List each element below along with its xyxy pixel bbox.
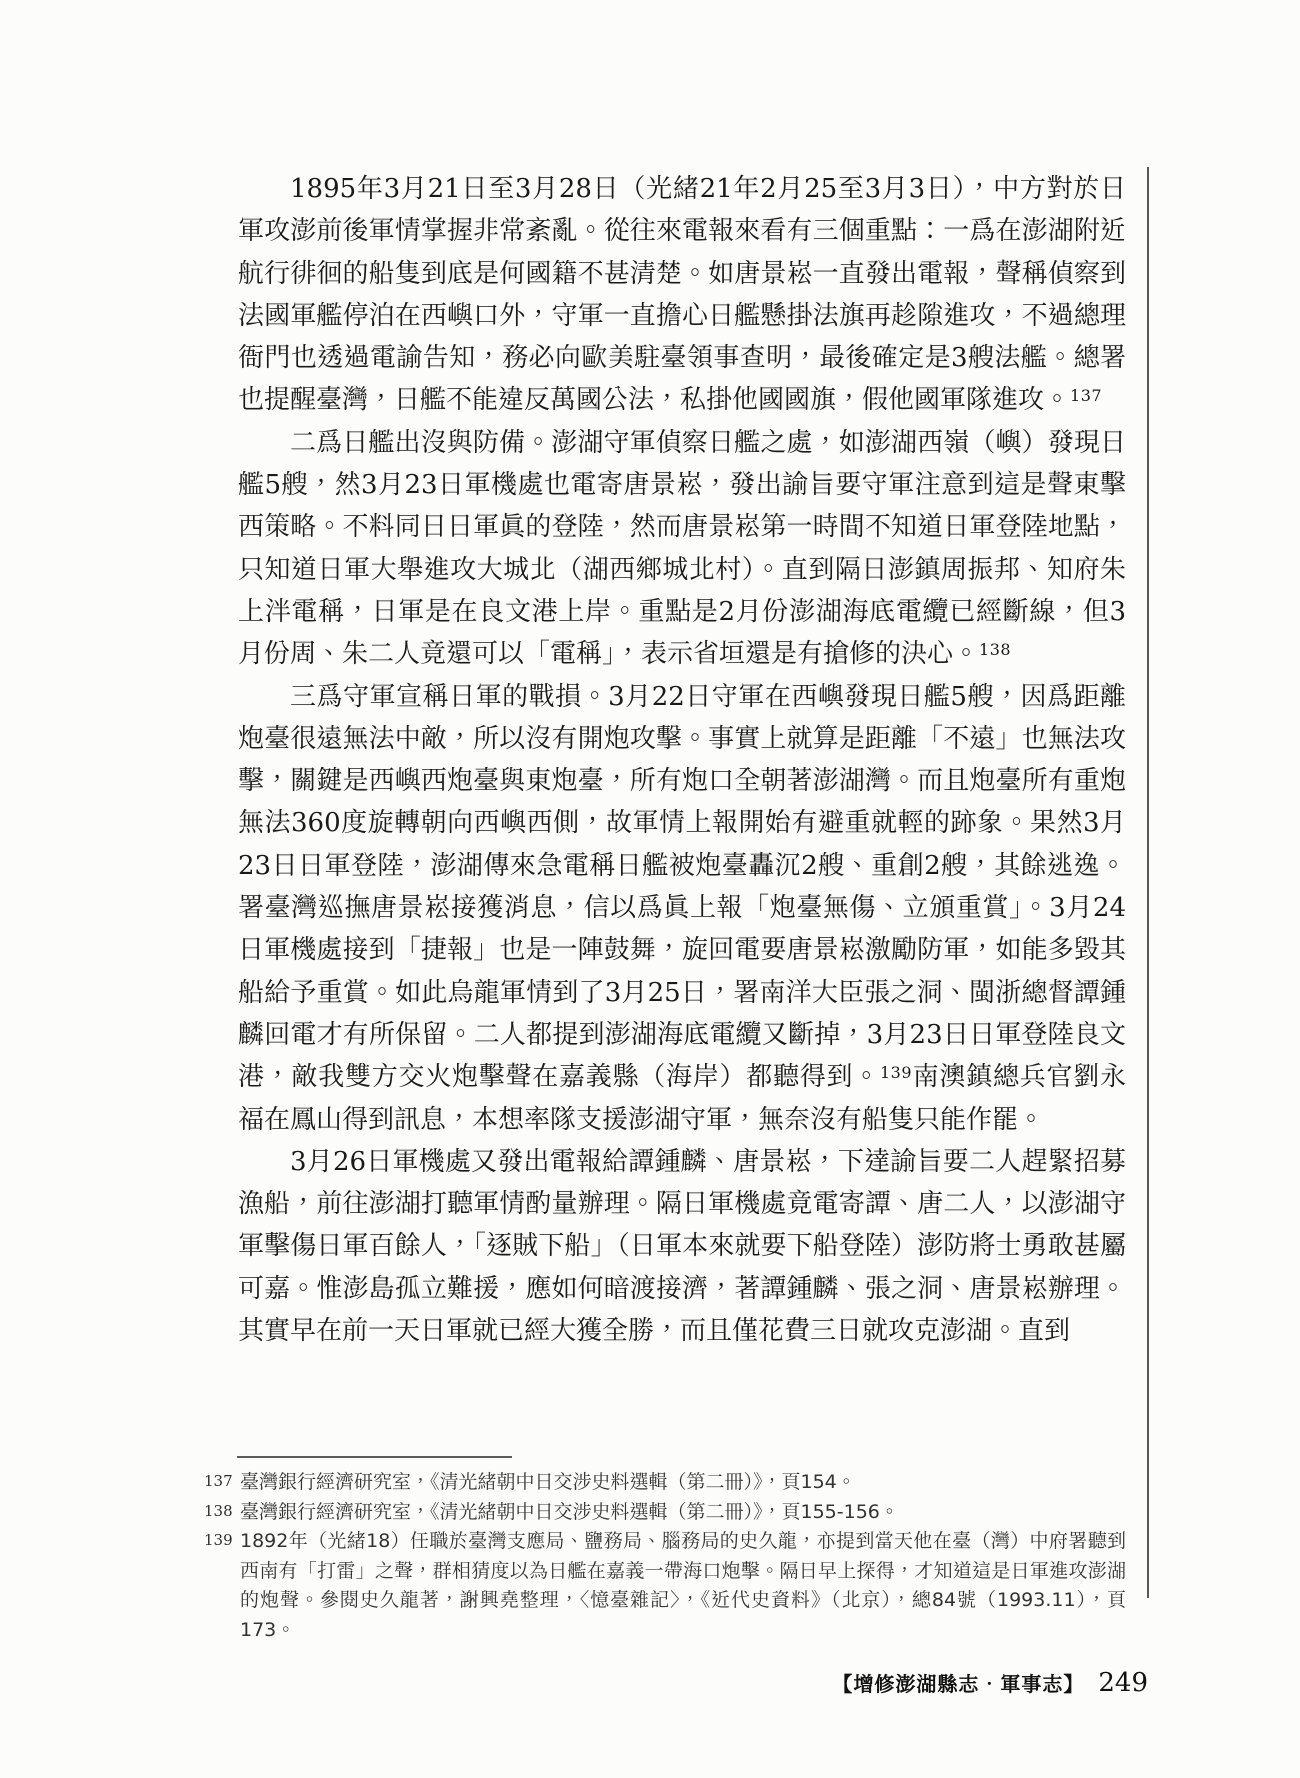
page-number: 249 bbox=[1098, 1668, 1148, 1698]
footnote-number: 139 bbox=[204, 1527, 240, 1551]
book-title: 【增修澎湖縣志‧軍事志】 bbox=[832, 1672, 1084, 1696]
body-text: 1895年3月21日至3月28日（光緒21年2月25至3月3日），中方對於日軍攻… bbox=[238, 168, 1126, 1352]
footnote-item: 138臺灣銀行經濟研究室，《清光緒朝中日交涉史料選輯（第二冊）》，頁155-15… bbox=[204, 1498, 1126, 1528]
footnote-separator bbox=[237, 1456, 512, 1458]
footnote-text: 1892年（光緒18）任職於臺灣支應局、鹽務局、腦務局的史久龍，亦提到當天他在臺… bbox=[240, 1527, 1126, 1645]
page-footer: 【增修澎湖縣志‧軍事志】249 bbox=[0, 1668, 1148, 1698]
footnote-ref: 139 bbox=[880, 1063, 912, 1082]
footnote-text: 臺灣銀行經濟研究室，《清光緒朝中日交涉史料選輯（第二冊）》，頁154。 bbox=[240, 1468, 1126, 1498]
paragraph: 二爲日艦出沒與防備。澎湖守軍偵察日艦之處，如澎湖西嶺（嶼）發現日艦5艘，然3月2… bbox=[238, 422, 1126, 676]
footnote-number: 137 bbox=[204, 1468, 240, 1492]
paragraph-text: 1895年3月21日至3月28日（光緒21年2月25至3月3日），中方對於日軍攻… bbox=[238, 174, 1126, 415]
footnote-text: 臺灣銀行經濟研究室，《清光緒朝中日交涉史料選輯（第二冊）》，頁155-156。 bbox=[240, 1498, 1126, 1528]
paragraph-text: 二爲日艦出沒與防備。澎湖守軍偵察日艦之處，如澎湖西嶺（嶼）發現日艦5艘，然3月2… bbox=[238, 428, 1126, 669]
footnote-item: 1391892年（光緒18）任職於臺灣支應局、鹽務局、腦務局的史久龍，亦提到當天… bbox=[204, 1527, 1126, 1645]
paragraph-text: 3月26日軍機處又發出電報給譚鍾麟、唐景崧，下達諭旨要二人趕緊招募漁船，前往澎湖… bbox=[238, 1147, 1126, 1346]
footnote-item: 137臺灣銀行經濟研究室，《清光緒朝中日交涉史料選輯（第二冊）》，頁154。 bbox=[204, 1468, 1126, 1498]
book-page: 1895年3月21日至3月28日（光緒21年2月25至3月3日），中方對於日軍攻… bbox=[0, 0, 1300, 1778]
paragraph: 1895年3月21日至3月28日（光緒21年2月25至3月3日），中方對於日軍攻… bbox=[238, 168, 1126, 422]
footnote-ref: 137 bbox=[1070, 386, 1102, 405]
footnote-number: 138 bbox=[204, 1498, 240, 1522]
paragraph: 3月26日軍機處又發出電報給譚鍾麟、唐景崧，下達諭旨要二人趕緊招募漁船，前往澎湖… bbox=[238, 1141, 1126, 1352]
right-margin-rule bbox=[1147, 167, 1149, 1598]
paragraph: 三爲守軍宣稱日軍的戰損。3月22日守軍在西嶼發現日艦5艘，因爲距離炮臺很遠無法中… bbox=[238, 676, 1126, 1141]
footnotes: 137臺灣銀行經濟研究室，《清光緒朝中日交涉史料選輯（第二冊）》，頁154。13… bbox=[204, 1468, 1126, 1645]
paragraph-text: 三爲守軍宣稱日軍的戰損。3月22日守軍在西嶼發現日艦5艘，因爲距離炮臺很遠無法中… bbox=[238, 682, 1126, 1093]
footnote-ref: 138 bbox=[979, 640, 1011, 659]
